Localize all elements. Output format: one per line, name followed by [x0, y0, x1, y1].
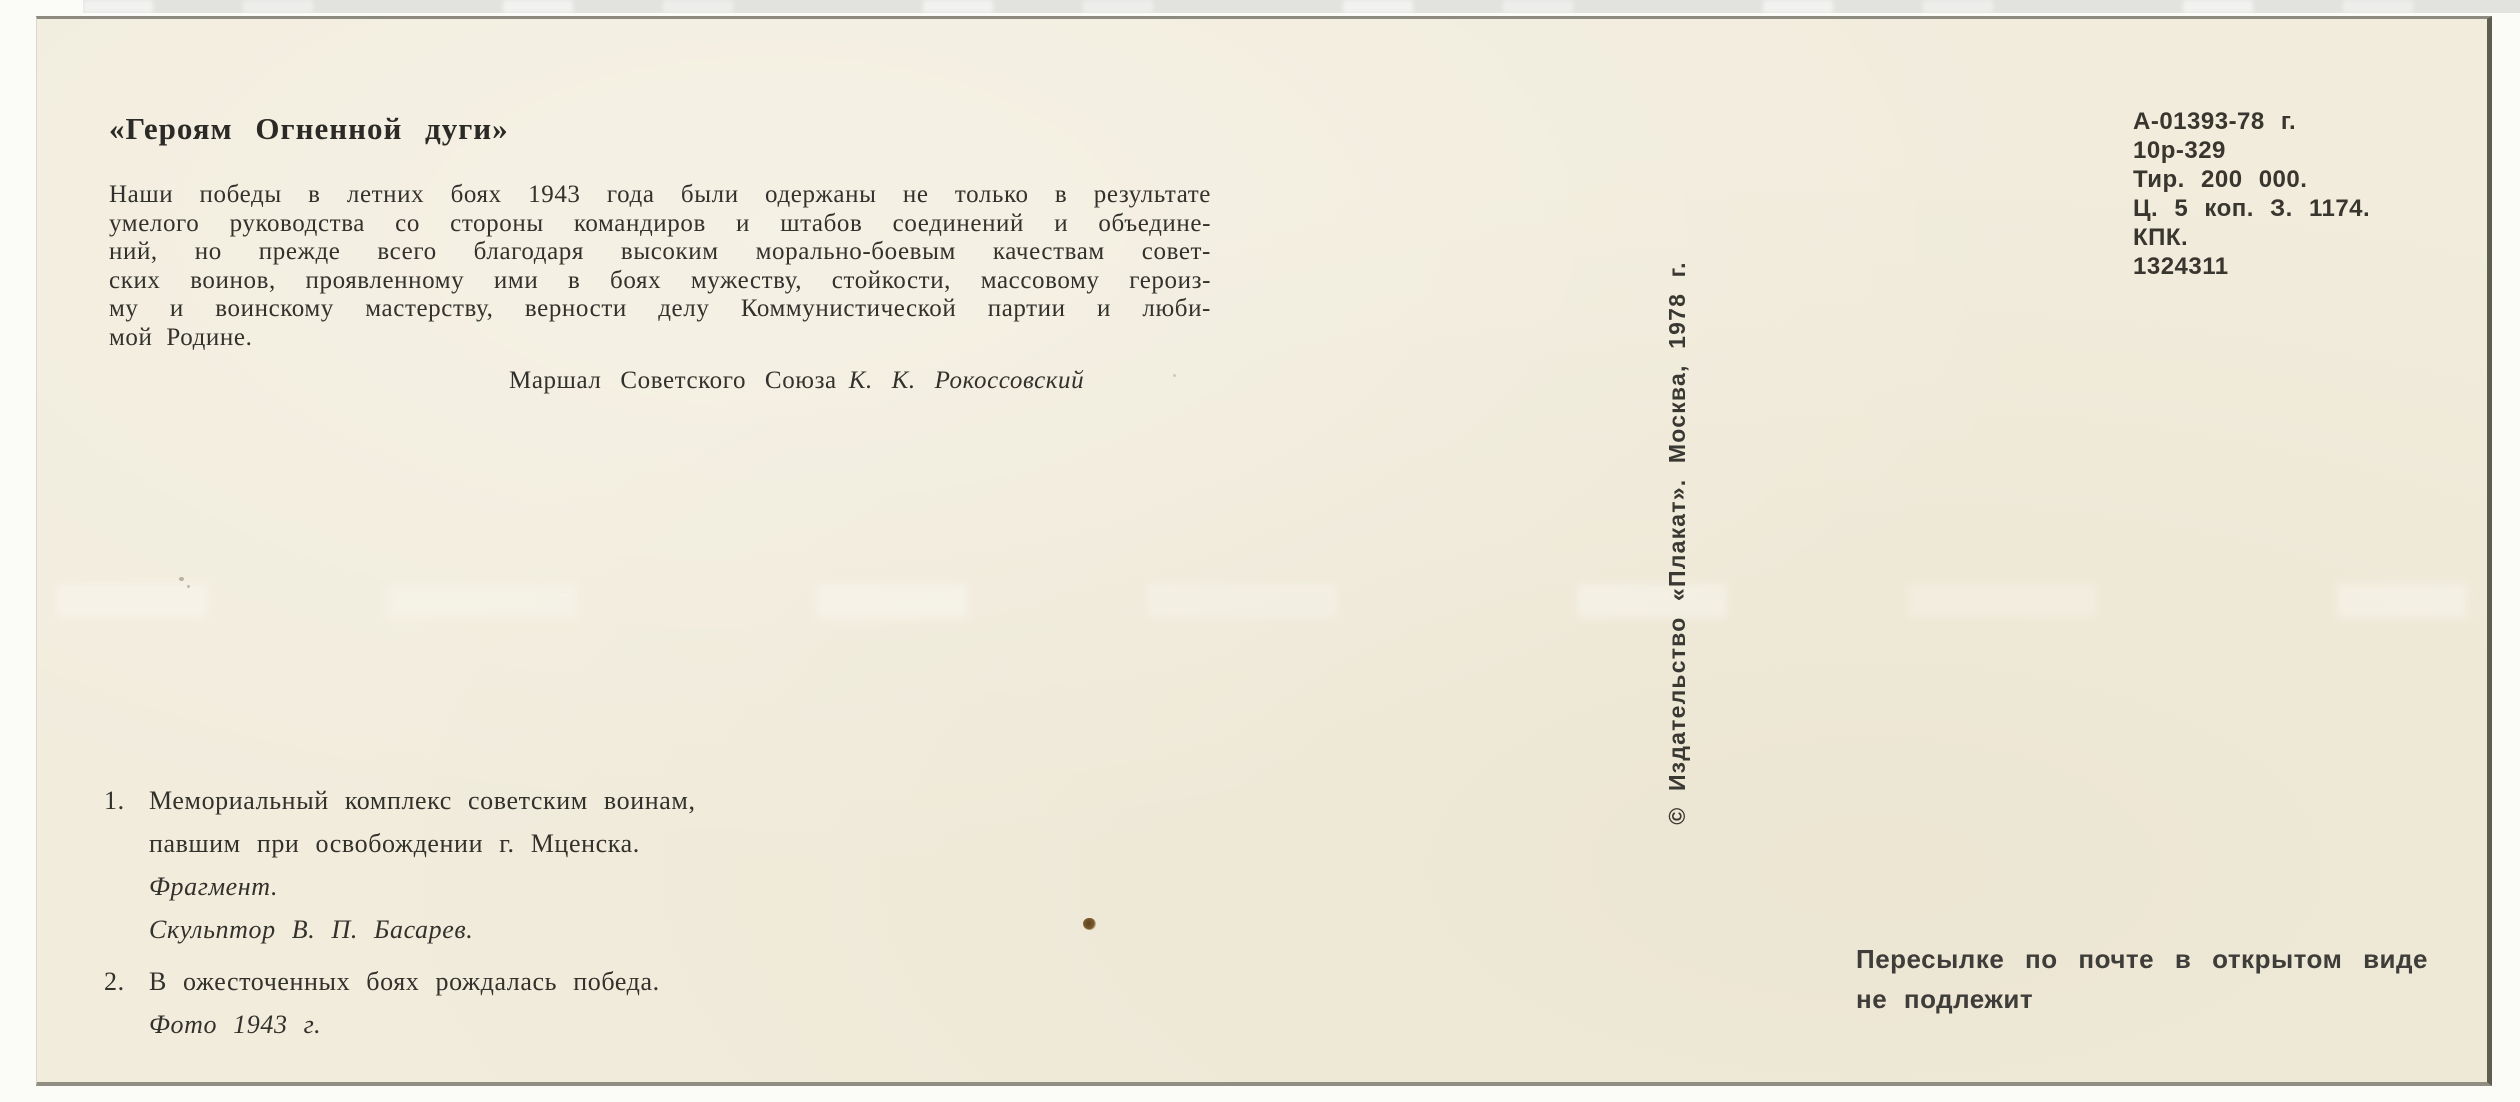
quote-line: Наши победы в летних боях 1943 года были…: [109, 181, 1211, 210]
caption-line: Фрагмент.: [149, 865, 696, 908]
caption-line: В ожесточенных боях рождалась победа.: [149, 960, 660, 1003]
postal-restriction-note: Пересылке по почте в открытом виде не по…: [1856, 939, 2428, 1019]
signature-line: Маршал Советского СоюзаК. К. Рокоссовски…: [509, 367, 1084, 395]
dust-speck: [187, 585, 190, 588]
caption-item-2: 2. В ожесточенных боях рождалась победа.…: [104, 960, 696, 1046]
publisher-imprint-vertical: © Издательство «Плакат». Москва, 1978 г.: [1664, 223, 1694, 863]
caption-item-1: 1. Мемориальный комплекс советским воина…: [104, 779, 696, 951]
quote-line: ний, но прежде всего благодаря высоким м…: [109, 238, 1211, 267]
foxing-spot: [1083, 918, 1096, 930]
print-info-block: А-01393-78 г. 10р-329 Тир. 200 000. Ц. 5…: [2133, 107, 2433, 281]
postal-note-line: не подлежит: [1856, 979, 2428, 1019]
dust-speck: [1173, 374, 1176, 377]
quote-line: му и воинскому мастерству, верности делу…: [109, 295, 1211, 324]
caption-number: 2.: [104, 960, 149, 1046]
print-info-line: А-01393-78 г.: [2133, 107, 2433, 136]
signature-name: К. К. Рокоссовский: [849, 367, 1085, 394]
watermark-top: [83, 0, 2520, 13]
print-info-line: КПК.: [2133, 223, 2433, 252]
caption-lines: Мемориальный комплекс советским воинам, …: [149, 779, 696, 951]
quote-line: ских воинов, проявленному ими в боях муж…: [109, 267, 1211, 296]
caption-line: павшим при освобождении г. Мценска.: [149, 822, 696, 865]
caption-line: Мемориальный комплекс советским воинам,: [149, 779, 696, 822]
caption-list: 1. Мемориальный комплекс советским воина…: [104, 779, 696, 1046]
scanner-background-strip: [83, 0, 2520, 13]
print-info-line: 1324311: [2133, 252, 2433, 281]
caption-line: Фото 1943 г.: [149, 1003, 660, 1046]
print-info-line: Ц. 5 коп. З. 1174.: [2133, 194, 2433, 223]
signature-role: Маршал Советского Союза: [509, 367, 837, 394]
quote-line: мой Родине.: [109, 324, 1211, 353]
quote-line: умелого руководства со стороны командиро…: [109, 210, 1211, 239]
print-info-line: 10р-329: [2133, 136, 2433, 165]
postcard-back: «Героям Огненной дуги» Наши победы в лет…: [36, 16, 2492, 1086]
postal-note-line: Пересылке по почте в открытом виде: [1856, 939, 2428, 979]
caption-line: Скульптор В. П. Басарев.: [149, 908, 696, 951]
print-info-line: Тир. 200 000.: [2133, 165, 2433, 194]
quote-paragraph: Наши победы в летних боях 1943 года были…: [109, 181, 1211, 353]
watermark-middle: [57, 584, 2467, 618]
caption-number: 1.: [104, 779, 149, 951]
dust-speck: [179, 577, 184, 581]
caption-lines: В ожесточенных боях рождалась победа. Фо…: [149, 960, 660, 1046]
postcard-title: «Героям Огненной дуги»: [109, 111, 509, 147]
